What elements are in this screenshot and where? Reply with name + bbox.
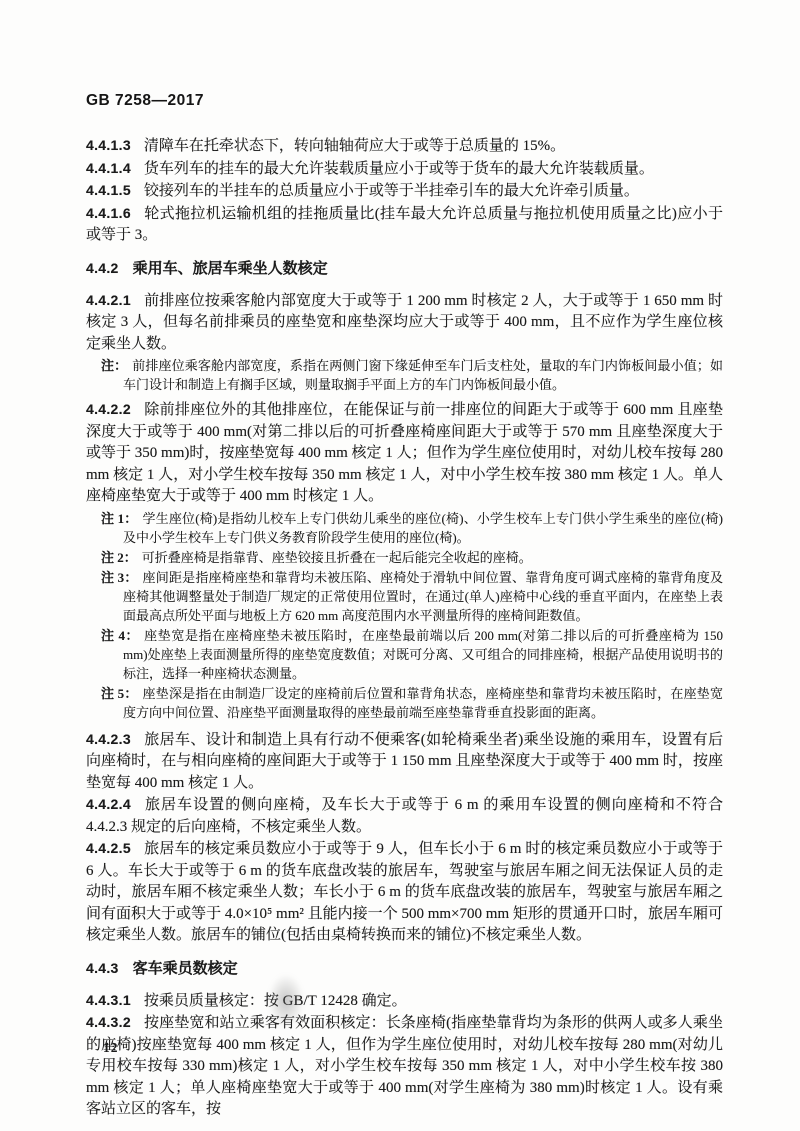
clause-number: 4.4.2.3 [86,731,131,747]
clause-4-4-2-1: 4.4.2.1前排座位按乘客舱内部宽度大于或等于 1 200 mm 时核定 2 … [86,290,723,356]
note-3: 注 3：座间距是指座椅座垫和靠背均未被压陷、座椅处于滑轨中间位置、靠背角度可调式… [86,568,723,625]
clause-text: 铰接列车的半挂车的总质量应小于或等于半挂牵引车的最大允许牵引质量。 [144,183,639,199]
clause-text: 轮式拖拉机运输机组的挂拖质量比(挂车最大允许总质量与拖拉机使用质量之比)应小于或… [86,206,723,244]
page-content: GB 7258—2017 4.4.1.3清障车在托牵状态下，转向轴轴荷应大于或等… [86,92,723,1121]
note-1: 注 1：学生座位(椅)是指幼儿校车上专门供幼儿乘坐的座位(椅)、小学生校车上专门… [86,509,723,547]
clause-4-4-1-6: 4.4.1.6轮式拖拉机运输机组的挂拖质量比(挂车最大允许总质量与拖拉机使用质量… [86,203,723,247]
clause-text: 按乘员质量核定：按 GB/T 12428 确定。 [144,993,407,1009]
clause-4-4-1-3: 4.4.1.3清障车在托牵状态下，转向轴轴荷应大于或等于总质量的 15%。 [86,135,723,158]
note-label: 注 4： [101,628,139,643]
clause-4-4-1-5: 4.4.1.5铰接列车的半挂车的总质量应小于或等于半挂牵引车的最大允许牵引质量。 [86,180,723,203]
section-title: 乘用车、旅居车乘坐人数核定 [133,261,328,277]
note-text: 学生座位(椅)是指幼儿校车上专门供幼儿乘坐的座位(椅)、小学生校车上专门供小学生… [123,511,723,545]
clause-number: 4.4.1.5 [86,182,131,198]
clause-number: 4.4.1.3 [86,137,131,153]
note-5: 注 5：座垫深是指在由制造厂设定的座椅前后位置和靠背角状态，座椅座垫和靠背均未被… [86,684,723,722]
scanned-standard-page: GB 7258—2017 4.4.1.3清障车在托牵状态下，转向轴轴荷应大于或等… [0,0,800,1131]
clause-text: 货车列车的挂车的最大允许装载质量应小于或等于货车的最大允许装载质量。 [144,161,654,177]
note-label: 注 2： [101,550,137,565]
note-text: 前排座位乘客舱内部宽度，系指在两侧门窗下缘延伸至车门后支柱处，量取的车门内饰板间… [123,358,723,392]
clause-4-4-2-2: 4.4.2.2除前排座位外的其他排座位，在能保证与前一排座位的间距大于或等于 6… [86,399,723,508]
note-text: 可折叠座椅是指靠背、座垫铰接且折叠在一起后能完全收起的座椅。 [142,550,532,565]
clause-text: 旅居车、设计和制造上具有行动不便乘客(如轮椅乘坐者)乘坐设施的乘用车，设置有后向… [86,732,723,791]
clause-number: 4.4.1.6 [86,205,131,221]
page-number: 12 [103,1040,119,1056]
clause-text: 前排座位按乘客舱内部宽度大于或等于 1 200 mm 时核定 2 人，大于或等于… [86,293,723,352]
section-heading-4-4-3: 4.4.3客车乘员数核定 [86,957,723,980]
section-heading-4-4-2: 4.4.2乘用车、旅居车乘坐人数核定 [86,257,723,280]
note-text: 座间距是指座椅座垫和靠背均未被压陷、座椅处于滑轨中间位置、靠背角度可调式座椅的靠… [123,570,723,623]
clause-number: 4.4.2.5 [86,840,131,856]
clause-number: 4.4.3.1 [86,992,131,1008]
note-label: 注 5： [101,686,138,701]
note-2: 注 2：可折叠座椅是指靠背、座垫铰接且折叠在一起后能完全收起的座椅。 [86,548,723,567]
clause-text: 旅居车的核定乘员数应小于或等于 9 人，但车长小于 6 m 时的核定乘员数应小于… [86,841,723,943]
clause-text: 清障车在托牵状态下，转向轴轴荷应大于或等于总质量的 15%。 [144,138,565,154]
standard-number-header: GB 7258—2017 [86,92,723,110]
clause-number: 4.4.2.4 [86,796,131,812]
note-text: 座垫深是指在由制造厂设定的座椅前后位置和靠背角状态，座椅座垫和靠背均未被压陷时，… [123,686,723,720]
clause-4-4-2-5: 4.4.2.5旅居车的核定乘员数应小于或等于 9 人，但车长小于 6 m 时的核… [86,838,723,947]
note-label: 注 1： [101,511,137,526]
section-number: 4.4.3 [86,960,119,976]
clause-4-4-1-4: 4.4.1.4货车列车的挂车的最大允许装载质量应小于或等于货车的最大允许装载质量… [86,158,723,181]
clause-text: 旅居车设置的侧向座椅，及车长大于或等于 6 m 的乘用车设置的侧向座椅和不符合 … [86,797,723,835]
clause-text: 按座垫宽和站立乘客有效面积核定：长条座椅(指座垫靠背均为条形的供两人或多人乘坐的… [86,1015,723,1117]
note-text: 座垫宽是指在座椅座垫未被压陷时，在座垫最前端以后 200 mm(对第二排以后的可… [123,628,723,681]
clause-number: 4.4.3.2 [86,1014,131,1030]
clause-number: 4.4.2.1 [86,292,131,308]
clause-text: 除前排座位外的其他排座位，在能保证与前一排座位的间距大于或等于 600 mm 且… [86,402,723,504]
note-4: 注 4：座垫宽是指在座椅座垫未被压陷时，在座垫最前端以后 200 mm(对第二排… [86,626,723,683]
section-title: 客车乘员数核定 [133,961,238,977]
note-label: 注： [101,358,127,373]
section-number: 4.4.2 [86,260,119,276]
note-4-4-2-1: 注：前排座位乘客舱内部宽度，系指在两侧门窗下缘延伸至车门后支柱处，量取的车门内饰… [86,356,723,394]
clause-4-4-3-1: 4.4.3.1按乘员质量核定：按 GB/T 12428 确定。 [86,990,723,1013]
clause-number: 4.4.2.2 [86,401,131,417]
clause-number: 4.4.1.4 [86,160,131,176]
clause-4-4-2-4: 4.4.2.4旅居车设置的侧向座椅，及车长大于或等于 6 m 的乘用车设置的侧向… [86,794,723,838]
clause-4-4-3-2: 4.4.3.2按座垫宽和站立乘客有效面积核定：长条座椅(指座垫靠背均为条形的供两… [86,1012,723,1121]
clause-4-4-2-3: 4.4.2.3旅居车、设计和制造上具有行动不便乘客(如轮椅乘坐者)乘坐设施的乘用… [86,729,723,795]
note-label: 注 3： [101,570,138,585]
